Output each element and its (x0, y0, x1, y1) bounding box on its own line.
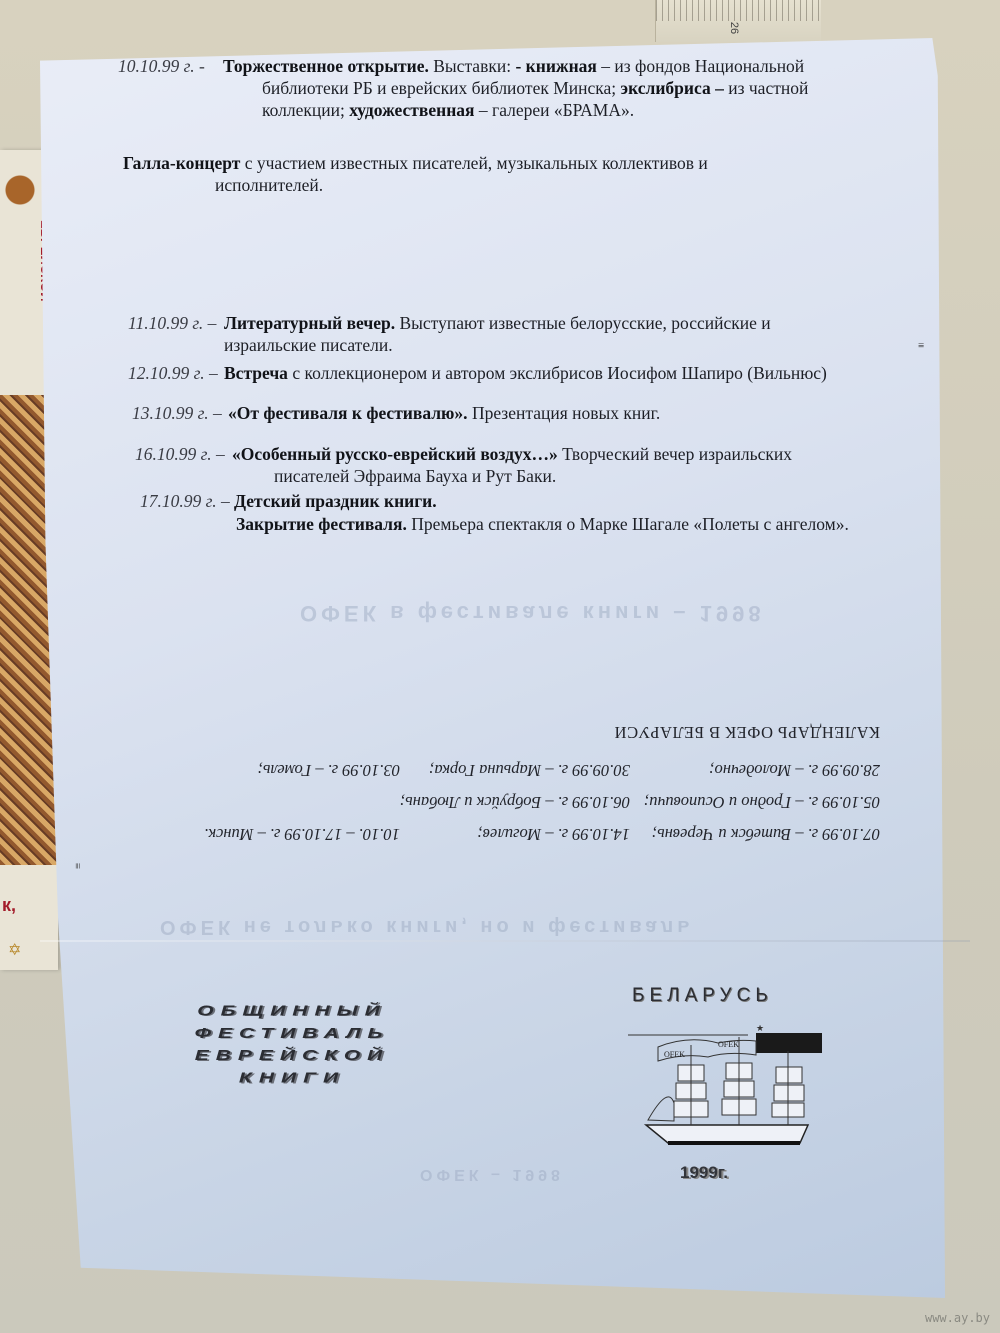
event-description: Торжественное открытие. Выставки: - книж… (223, 55, 804, 77)
calendar-section: КАЛЕНДАРЬ ОФЕК В БЕЛАРУСИ 28.09.99 г. – … (120, 710, 880, 860)
year-label: 1999г. (680, 1163, 728, 1183)
title-line: ЕВРЕЙСКОЙ (112, 1045, 472, 1067)
event-description: коллекции; художественная – галереи «БРА… (262, 99, 634, 121)
svg-text:★: ★ (756, 1025, 764, 1033)
calendar-entry: 14.10.99 г. – Могилев; (477, 824, 630, 844)
event-description: Галла-концерт с участием известных писат… (123, 152, 708, 174)
calendar-entry: 03.10.99 г. – Гомель; (257, 760, 400, 780)
svg-text:OFEK: OFEK (718, 1040, 739, 1049)
handwritten-mark: ≡ (918, 340, 924, 352)
country-label: БЕЛАРУСЬ (632, 985, 773, 1007)
watermark: www.ay.by (925, 1311, 990, 1325)
event-description: Литературный вечер. Выступают известные … (224, 312, 771, 334)
show-through-text: ОФЕК – 1998 (420, 1165, 564, 1183)
calendar-title: КАЛЕНДАРЬ ОФЕК В БЕЛАРУСИ (614, 722, 880, 742)
calendar-entry: 10.10. – 17.10.99 г. – Минск. (204, 824, 400, 844)
event-date: 17.10.99 г. – (140, 490, 230, 512)
event-date: 10.10.99 г. - (118, 55, 205, 77)
title-line: ОБЩИННЫЙ (112, 1000, 472, 1022)
event-description: израильские писатели. (224, 334, 393, 356)
event-date: 13.10.99 г. – (132, 402, 222, 424)
booklet-ornament (0, 150, 40, 230)
event-description: библиотеки РБ и еврейских библиотек Минс… (262, 77, 808, 99)
festival-title: ОБЩИННЫЙ ФЕСТИВАЛЬ ЕВРЕЙСКОЙ КНИГИ (112, 1000, 472, 1090)
paper-fold (40, 940, 970, 942)
star-of-david-icon: ✡ (8, 940, 21, 960)
event-date: 16.10.99 г. – (135, 443, 225, 465)
event-description: Встреча с коллекционером и автором эксли… (224, 362, 827, 384)
event-description: «Особенный русско-еврейский воздух…» Тво… (232, 443, 792, 465)
booklet-text: к, (2, 895, 16, 916)
calendar-entry: 06.10.99 г. – Бобруйск и Любань; (400, 792, 630, 812)
event-description: Закрытие фестиваля. Премьера спектакля о… (236, 513, 849, 535)
calendar-entry: 30.09.99 г. – Марьина Горка; (429, 760, 630, 780)
show-through-text: ОФЕК не только книги, но и фестиваль (160, 915, 694, 938)
event-date: 12.10.99 г. – (128, 362, 218, 384)
handwritten-mark: ≡ (71, 863, 83, 869)
svg-text:OFEK: OFEK (664, 1050, 685, 1059)
event-description: писателей Эфраима Бауха и Рут Баки. (274, 465, 556, 487)
event-description: исполнителей. (215, 174, 323, 196)
ruler-number: 26 (728, 22, 740, 34)
event-description: «От фестиваля к фестивалю». Презентация … (228, 402, 660, 424)
calendar-entry: 07.10.99 г. – Витебск и Черевнь; (652, 824, 880, 844)
show-through-text: ОФЕК в фестивале книги – 1998 (300, 600, 765, 626)
sailing-ship-logo-icon: ★ OFEK OFEK (628, 1025, 828, 1155)
event-date: 11.10.99 г. – (128, 312, 216, 334)
calendar-entry: 28.09.99 г. – Молодечно; (709, 760, 880, 780)
event-description: Детский праздник книги. (234, 490, 437, 512)
title-line: КНИГИ (112, 1067, 472, 1089)
title-line: ФЕСТИВАЛЬ (112, 1022, 472, 1044)
ruler: 26 (655, 0, 821, 42)
calendar-entry: 05.10.99 г. – Гродно и Осиповичи; (644, 792, 880, 812)
